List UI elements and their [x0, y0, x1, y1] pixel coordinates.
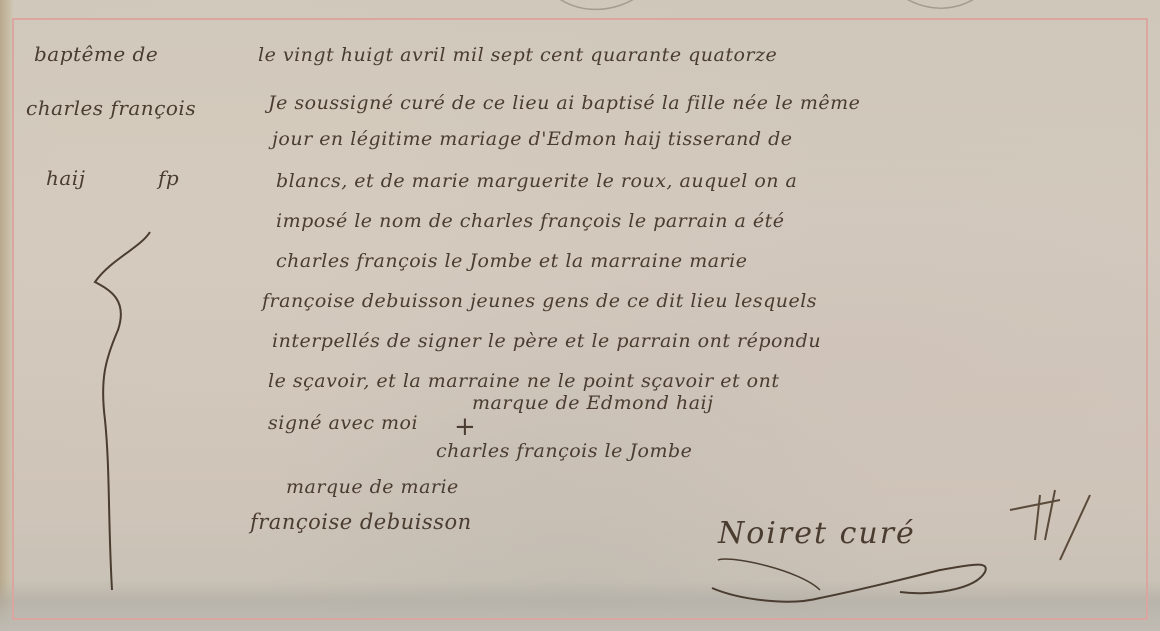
margin-flourish-line — [95, 232, 150, 590]
cure-signature: Noiret curé — [718, 516, 916, 551]
entry-line-1: le vingt huigt avril mil sept cent quara… — [258, 44, 777, 66]
cross-mark: + — [454, 412, 476, 442]
page-edge — [0, 0, 14, 631]
entry-line-3: jour en légitime mariage d'Edmon haij ti… — [272, 128, 793, 150]
entry-line-2: Je soussigné curé de ce lieu ai baptisé … — [268, 92, 860, 114]
entry-line-5: imposé le nom de charles françois le par… — [276, 210, 784, 232]
margin-mark: fp — [158, 166, 179, 190]
marraine-name: françoise debuisson — [250, 510, 472, 534]
entry-line-9: le sçavoir, et la marraine ne le point s… — [268, 370, 780, 392]
entry-line-10: signé avec moi — [268, 412, 418, 434]
margin-title-line-3: haij — [46, 166, 85, 190]
entry-line-8: interpellés de signer le père et le parr… — [272, 330, 821, 352]
document-scan: baptême de charles françois haij fp le v… — [0, 0, 1160, 631]
edmond-haij-mark: marque de Edmond haij — [472, 392, 714, 414]
entry-line-4: blancs, et de marie marguerite le roux, … — [276, 170, 797, 192]
entry-line-7: françoise debuisson jeunes gens de ce di… — [262, 290, 817, 312]
entry-line-6: charles françois le Jombe et la marraine… — [276, 250, 747, 272]
margin-title-line-2: charles françois — [26, 96, 196, 120]
marraine-mark-label: marque de marie — [286, 476, 459, 498]
parrain-signature: charles françois le Jombe — [436, 440, 692, 462]
page-bottom-shadow — [0, 580, 1160, 631]
margin-title-line-1: baptême de — [34, 42, 158, 66]
